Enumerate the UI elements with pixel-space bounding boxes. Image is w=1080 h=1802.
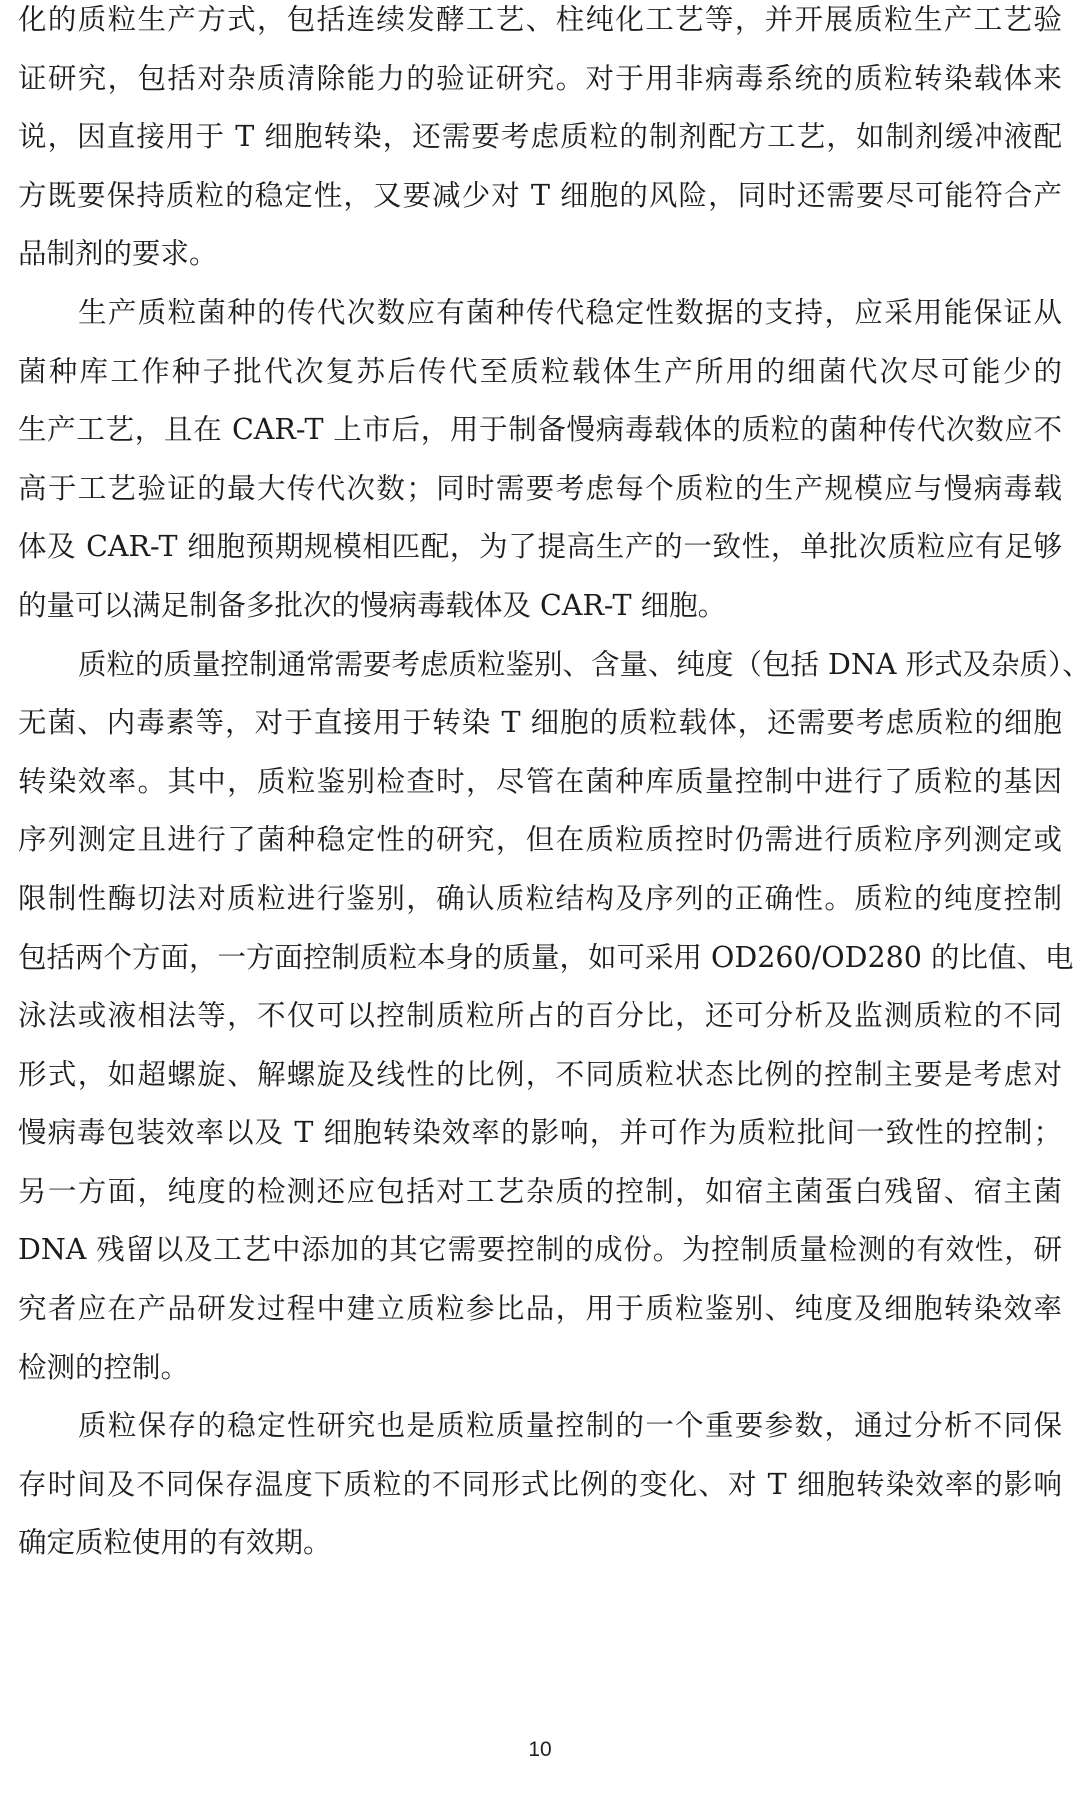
text-line: 检测的控制。: [18, 1348, 1062, 1407]
paragraph-quality-control: 质粒的质量控制通常需要考虑质粒鉴别、含量、纯度（包括 DNA 形式及杂质）、 无…: [18, 645, 1062, 1407]
text-line: 序列测定且进行了菌种稳定性的研究，但在质粒质控时仍需进行质粒序列测定或: [18, 820, 1062, 879]
text-line: 菌种库工作种子批代次复苏后传代至质粒载体生产所用的细菌代次尽可能少的: [18, 352, 1062, 411]
text-line: 另一方面，纯度的检测还应包括对工艺杂质的控制，如宿主菌蛋白残留、宿主菌: [18, 1172, 1062, 1231]
text-line: 的量可以满足制备多批次的慢病毒载体及 CAR-T 细胞。: [18, 586, 1062, 645]
text-line: 确定质粒使用的有效期。: [18, 1523, 1062, 1582]
text-line: 说，因直接用于 T 细胞转染，还需要考虑质粒的制剂配方工艺，如制剂缓冲液配: [18, 117, 1062, 176]
text-line: 质粒保存的稳定性研究也是质粒质量控制的一个重要参数，通过分析不同保: [18, 1406, 1062, 1465]
paragraph-plasmid-production-process: 化的质粒生产方式，包括连续发酵工艺、柱纯化工艺等，并开展质粒生产工艺验 证研究，…: [18, 0, 1062, 293]
text-line: 包括两个方面，一方面控制质粒本身的质量，如可采用 OD260/OD280 的比值…: [18, 938, 1062, 997]
text-line: DNA 残留以及工艺中添加的其它需要控制的成份。为控制质量检测的有效性，研: [18, 1230, 1062, 1289]
text-line: 高于工艺验证的最大传代次数；同时需要考虑每个质粒的生产规模应与慢病毒载: [18, 469, 1062, 528]
text-line: 体及 CAR-T 细胞预期规模相匹配，为了提高生产的一致性，单批次质粒应有足够: [18, 527, 1062, 586]
document-page: 化的质粒生产方式，包括连续发酵工艺、柱纯化工艺等，并开展质粒生产工艺验 证研究，…: [18, 0, 1062, 1582]
text-line: 慢病毒包装效率以及 T 细胞转染效率的影响，并可作为质粒批间一致性的控制；: [18, 1113, 1062, 1172]
text-line: 无菌、内毒素等，对于直接用于转染 T 细胞的质粒载体，还需要考虑质粒的细胞: [18, 703, 1062, 762]
paragraph-strain-passage: 生产质粒菌种的传代次数应有菌种传代稳定性数据的支持，应采用能保证从 菌种库工作种…: [18, 293, 1062, 645]
text-line: 生产质粒菌种的传代次数应有菌种传代稳定性数据的支持，应采用能保证从: [18, 293, 1062, 352]
text-line: 形式，如超螺旋、解螺旋及线性的比例，不同质粒状态比例的控制主要是考虑对: [18, 1055, 1062, 1114]
text-line: 生产工艺，且在 CAR-T 上市后，用于制备慢病毒载体的质粒的菌种传代次数应不: [18, 410, 1062, 469]
text-line: 存时间及不同保存温度下质粒的不同形式比例的变化、对 T 细胞转染效率的影响: [18, 1465, 1062, 1524]
text-line: 究者应在产品研发过程中建立质粒参比品，用于质粒鉴别、纯度及细胞转染效率: [18, 1289, 1062, 1348]
text-line: 方既要保持质粒的稳定性，又要减少对 T 细胞的风险，同时还需要尽可能符合产: [18, 176, 1062, 235]
paragraph-storage-stability: 质粒保存的稳定性研究也是质粒质量控制的一个重要参数，通过分析不同保 存时间及不同…: [18, 1406, 1062, 1582]
text-line: 品制剂的要求。: [18, 234, 1062, 293]
text-line: 质粒的质量控制通常需要考虑质粒鉴别、含量、纯度（包括 DNA 形式及杂质）、: [18, 645, 1062, 704]
page-number: 10: [0, 1738, 1080, 1762]
text-line: 证研究，包括对杂质清除能力的验证研究。对于用非病毒系统的质粒转染载体来: [18, 59, 1062, 118]
text-line: 转染效率。其中，质粒鉴别检查时，尽管在菌种库质量控制中进行了质粒的基因: [18, 762, 1062, 821]
text-line: 限制性酶切法对质粒进行鉴别，确认质粒结构及序列的正确性。质粒的纯度控制: [18, 879, 1062, 938]
text-line: 化的质粒生产方式，包括连续发酵工艺、柱纯化工艺等，并开展质粒生产工艺验: [18, 0, 1062, 59]
text-line: 泳法或液相法等，不仅可以控制质粒所占的百分比，还可分析及监测质粒的不同: [18, 996, 1062, 1055]
